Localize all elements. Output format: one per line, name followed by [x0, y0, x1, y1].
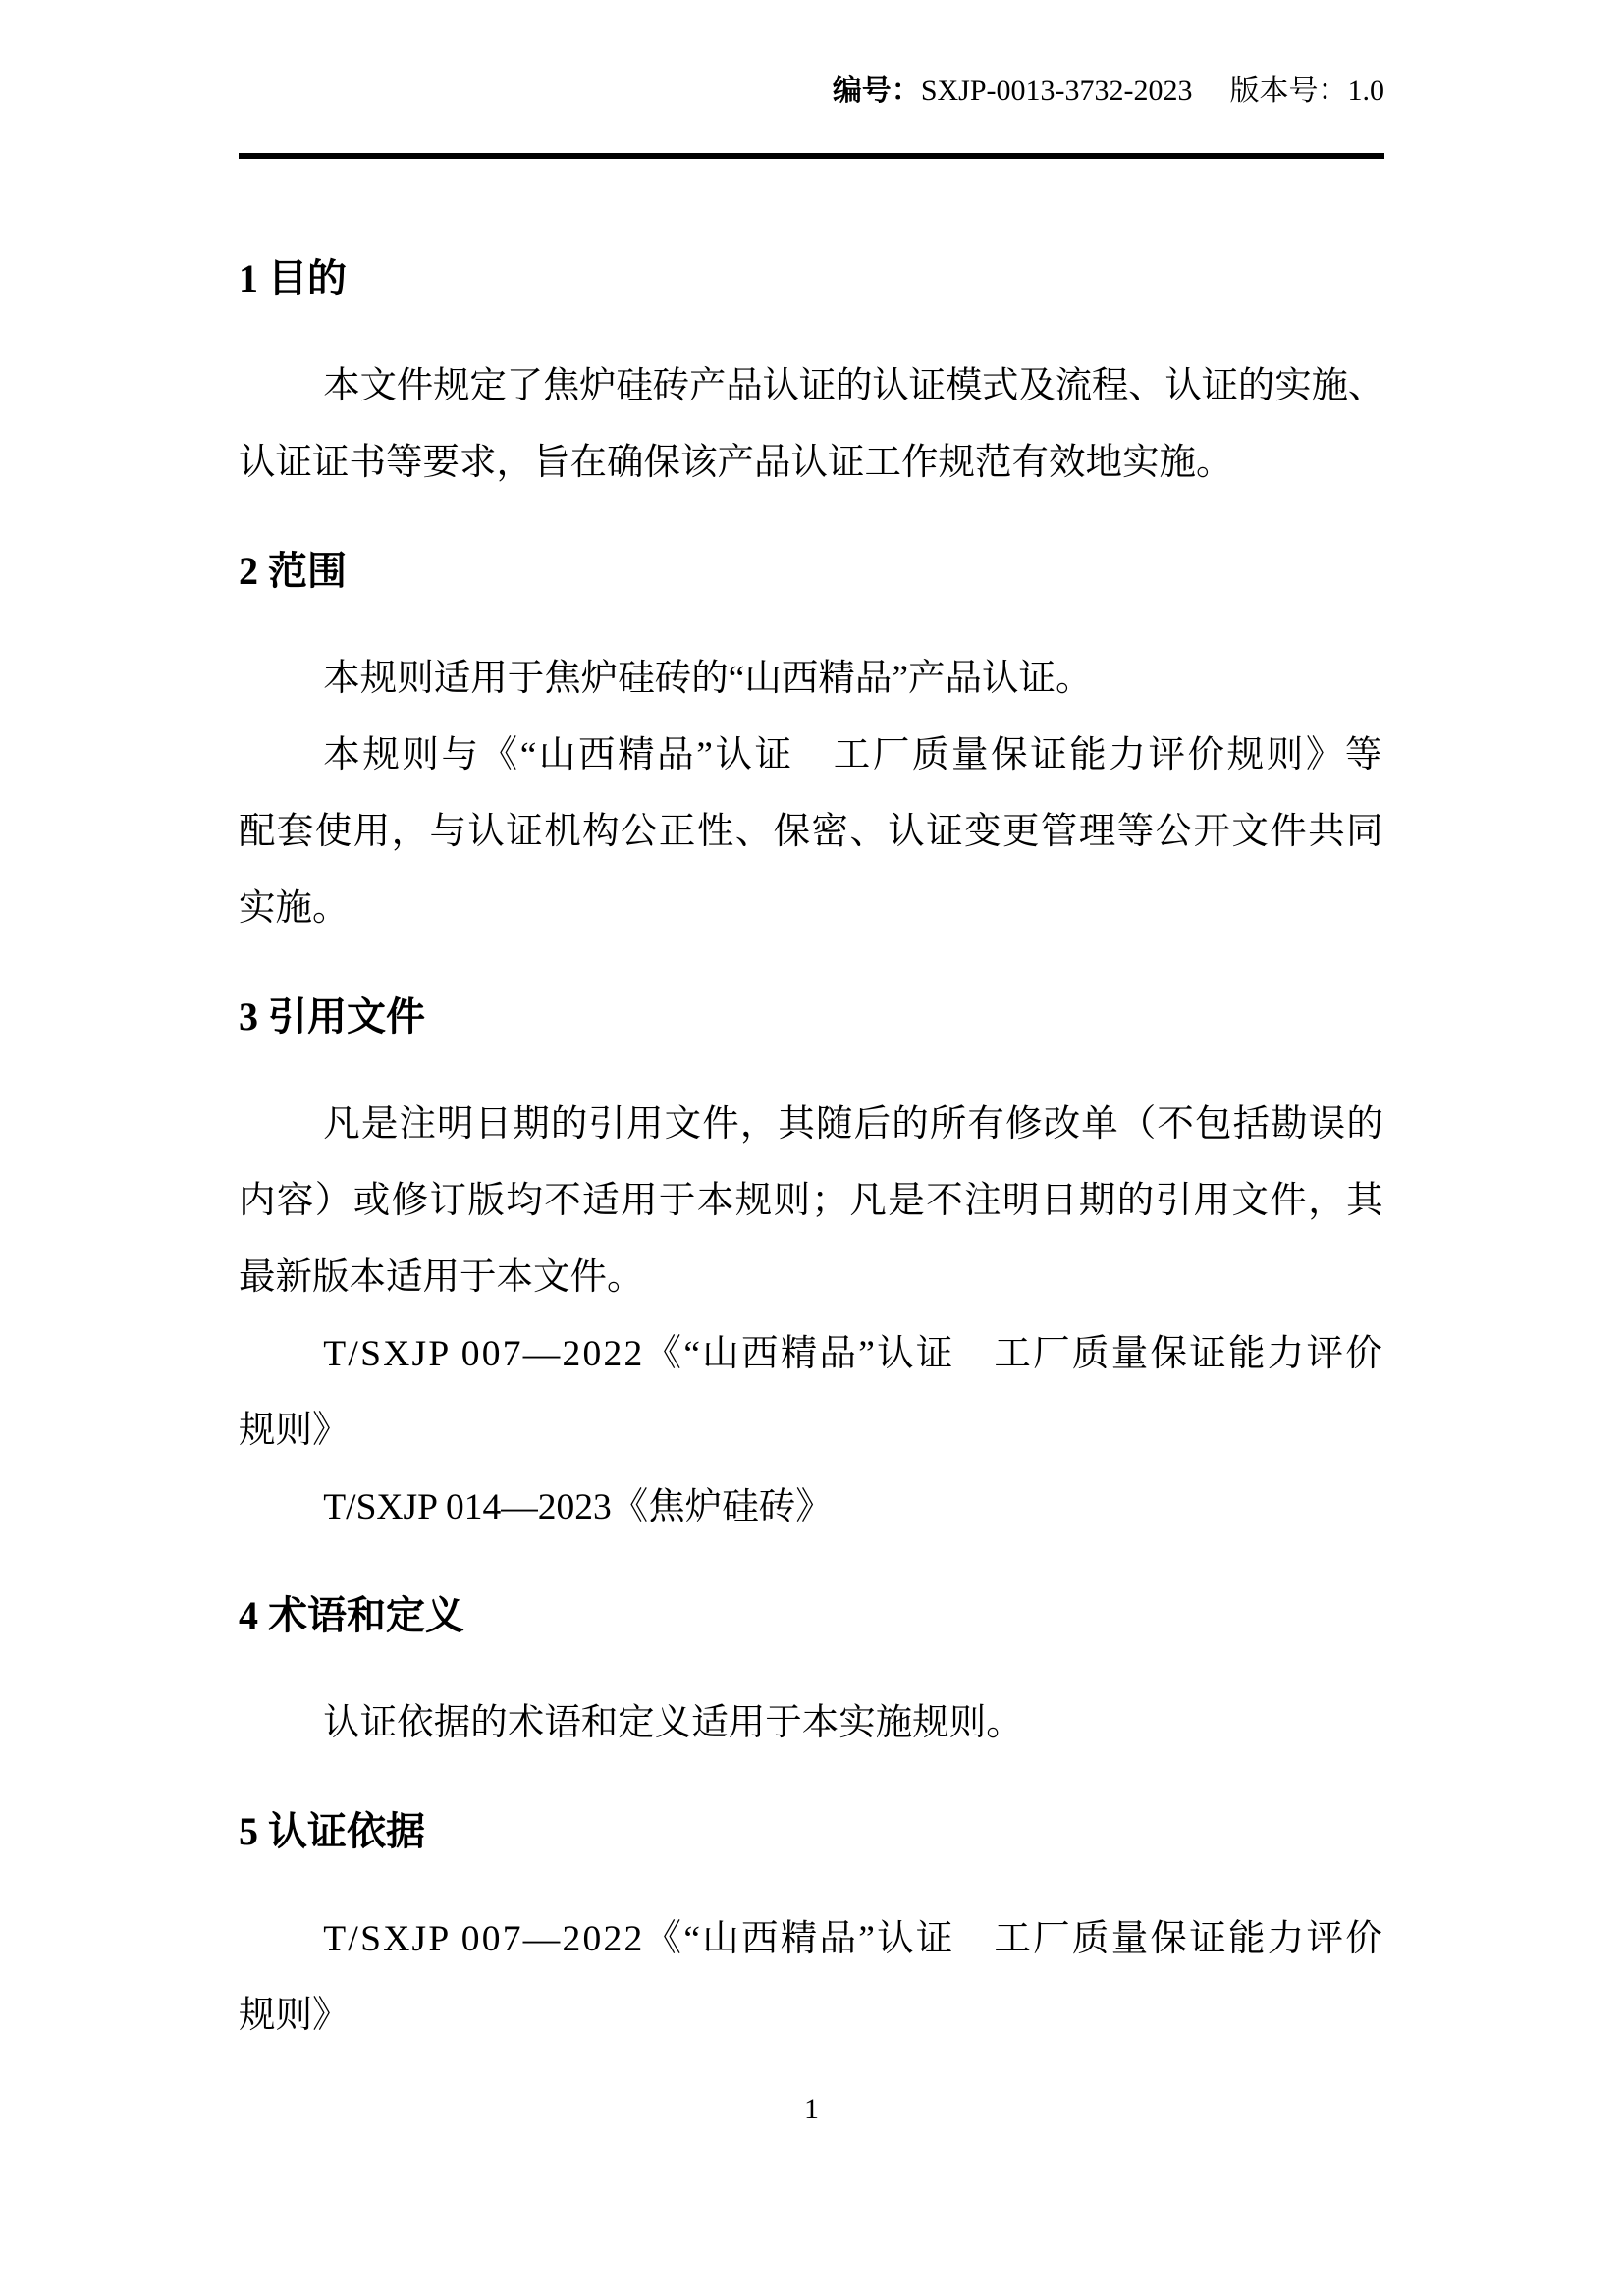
- paragraph: 认证依据的术语和定义适用于本实施规则。: [239, 1685, 1384, 1762]
- page-footer: 1: [239, 2071, 1384, 2148]
- section-heading: 5 认证依据: [239, 1793, 1384, 1870]
- text-line: T/SXJP 007—2022《“山西精品”认证 工厂质量保证能力评价: [239, 1316, 1384, 1393]
- paragraph: 本规则适用于焦炉硅砖的“山西精品”产品认证。: [239, 641, 1384, 718]
- paragraph: T/SXJP 007—2022《“山西精品”认证 工厂质量保证能力评价规则》: [239, 1316, 1384, 1469]
- section-heading: 3 引用文件: [239, 979, 1384, 1055]
- page-number: 1: [804, 2093, 819, 2125]
- paragraph: T/SXJP 014—2023《焦炉硅砖》: [239, 1469, 1384, 1546]
- paragraph: 凡是注明日期的引用文件，其随后的所有修改单（不包括勘误的内容）或修订版均不适用于…: [239, 1087, 1384, 1316]
- text-line: 本规则适用于焦炉硅砖的“山西精品”产品认证。: [239, 641, 1384, 718]
- text-line: 本文件规定了焦炉硅砖产品认证的认证模式及流程、认证的实施、: [239, 348, 1384, 425]
- text-line: 凡是注明日期的引用文件，其随后的所有修改单（不包括勘误的: [239, 1087, 1384, 1163]
- document-page: 编号：SXJP-0013-3732-2023版本号：1.0 1 目的本文件规定了…: [0, 0, 1624, 2148]
- section-heading: 4 术语和定义: [239, 1577, 1384, 1654]
- doc-number-value: SXJP-0013-3732-2023: [921, 75, 1193, 107]
- text-line: T/SXJP 007—2022《“山西精品”认证 工厂质量保证能力评价: [239, 1901, 1384, 1978]
- section-heading: 2 范围: [239, 533, 1384, 610]
- text-line: 规则》: [239, 1393, 1384, 1469]
- text-line: 认证证书等要求，旨在确保该产品认证工作规范有效地实施。: [239, 425, 1384, 502]
- text-line: 内容）或修订版均不适用于本规则；凡是不注明日期的引用文件，其: [239, 1163, 1384, 1240]
- doc-number-label: 编号：: [833, 75, 921, 107]
- paragraph: T/SXJP 007—2022《“山西精品”认证 工厂质量保证能力评价规则》: [239, 1901, 1384, 2055]
- text-line: 本规则与《“山西精品”认证 工厂质量保证能力评价规则》等: [239, 718, 1384, 794]
- text-line: T/SXJP 014—2023《焦炉硅砖》: [239, 1469, 1384, 1546]
- text-line: 配套使用，与认证机构公正性、保密、认证变更管理等公开文件共同: [239, 794, 1384, 871]
- text-line: 实施。: [239, 871, 1384, 947]
- page-header: 编号：SXJP-0013-3732-2023版本号：1.0: [239, 73, 1384, 110]
- text-line: 规则》: [239, 1978, 1384, 2055]
- section-heading: 1 目的: [239, 240, 1384, 317]
- document-body: 1 目的本文件规定了焦炉硅砖产品认证的认证模式及流程、认证的实施、认证证书等要求…: [239, 159, 1384, 2055]
- text-line: 最新版本适用于本文件。: [239, 1240, 1384, 1316]
- version-label: 版本号：: [1230, 75, 1348, 107]
- text-line: 认证依据的术语和定义适用于本实施规则。: [239, 1685, 1384, 1762]
- paragraph: 本规则与《“山西精品”认证 工厂质量保证能力评价规则》等配套使用，与认证机构公正…: [239, 718, 1384, 947]
- version-value: 1.0: [1348, 75, 1385, 107]
- paragraph: 本文件规定了焦炉硅砖产品认证的认证模式及流程、认证的实施、认证证书等要求，旨在确…: [239, 348, 1384, 502]
